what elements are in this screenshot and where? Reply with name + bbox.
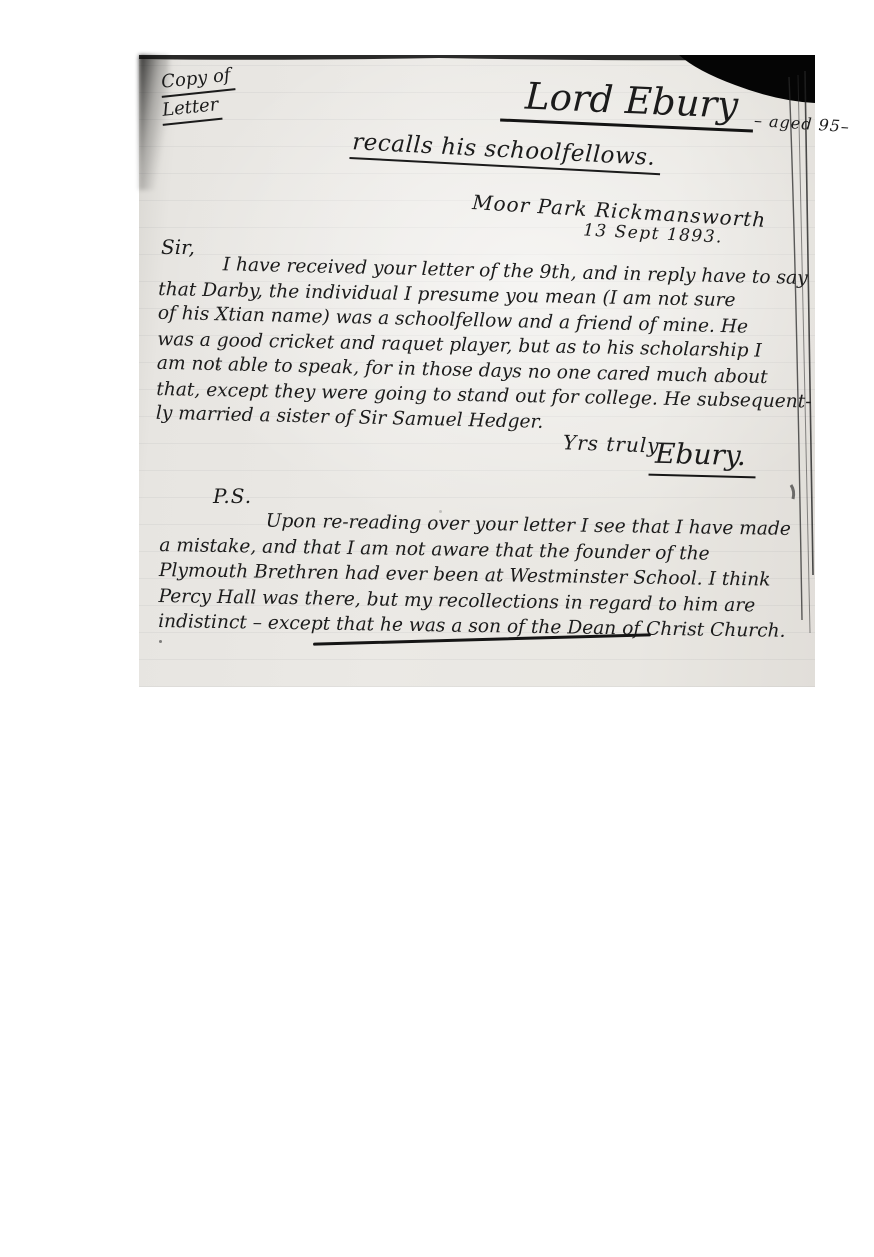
signature: Ebury. (649, 437, 757, 479)
postscript-body: Upon re-reading over your letter I see t… (158, 507, 760, 644)
letter-body: I have received your letter of the 9th, … (156, 252, 739, 438)
valediction: Yrs truly (563, 430, 660, 457)
page-edge-line-3 (805, 71, 813, 575)
letter-title: Lord Ebury– aged 95– (501, 79, 850, 127)
paper-speck (217, 365, 220, 368)
copy-annotation: Copy of Letter (159, 62, 238, 125)
paper-speck (439, 510, 442, 513)
title-name: Lord Ebury (500, 74, 755, 133)
page-edge-line-2 (798, 75, 810, 633)
scan-canvas: { "document": { "annotation": { "line1":… (0, 0, 874, 1257)
postscript-label: P.S. (213, 484, 252, 508)
letter-page: Copy of Letter Lord Ebury– aged 95– reca… (139, 55, 815, 687)
paper-speck (159, 640, 162, 643)
page-edge-smudge (791, 485, 794, 499)
